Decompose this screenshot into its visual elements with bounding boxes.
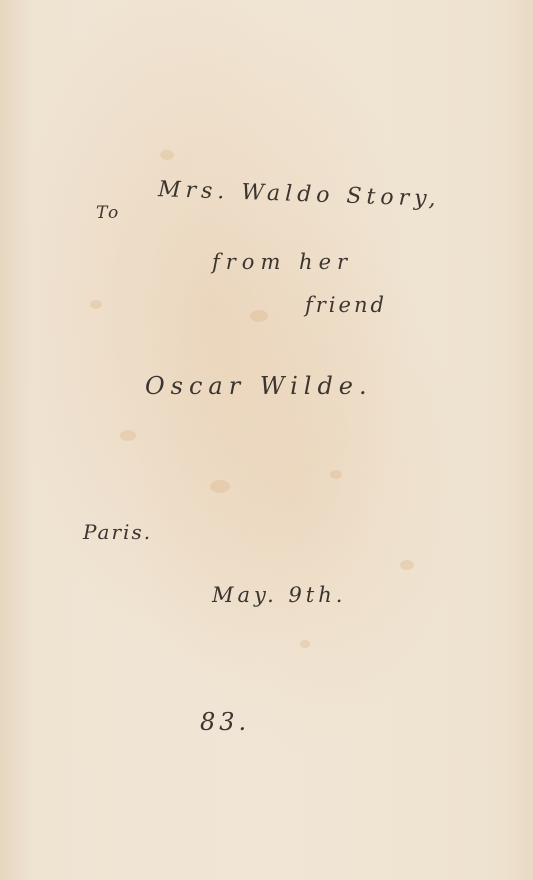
line-signature: Oscar Wilde. bbox=[145, 372, 373, 400]
line-year: 83. bbox=[200, 708, 250, 736]
foxing-spot bbox=[90, 300, 102, 309]
foxing-spot bbox=[330, 470, 342, 479]
line-date: May. 9th. bbox=[212, 583, 346, 607]
foxing-spot bbox=[210, 480, 230, 493]
foxing-spot bbox=[300, 640, 310, 648]
inscription-page: To Mrs. Waldo Story, from her friend Osc… bbox=[0, 0, 533, 880]
line-to: To bbox=[96, 203, 120, 223]
foxing-spot bbox=[160, 150, 174, 160]
foxing-spot bbox=[120, 430, 136, 441]
foxing-spot bbox=[400, 560, 414, 570]
line-friend: friend bbox=[305, 293, 387, 317]
line-place: Paris. bbox=[83, 520, 152, 544]
line-from: from her bbox=[212, 250, 353, 274]
foxing-spot bbox=[250, 310, 268, 322]
line-recipient: Mrs. Waldo Story, bbox=[158, 177, 441, 212]
